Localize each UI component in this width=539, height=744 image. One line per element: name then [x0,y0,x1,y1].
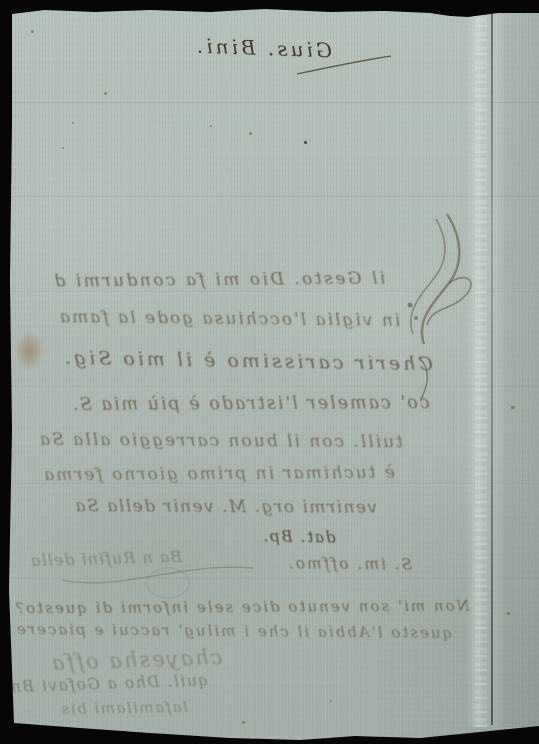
closing-fragment-1: dat. Bp. [261,527,335,546]
opening-capital-loop [427,278,471,325]
closing-fragment-2: S. im. offmo. [287,554,412,573]
opening-capital-flourish [411,219,445,334]
signature-line-3: lafamilami bis [60,698,188,718]
postscript-line-1: Non mi' son venuto dice sele informi di … [14,597,470,617]
bleed-line-6: è tuchimar in primo giorno ferma [42,463,395,485]
closing-fragment-3: Ba n Rufini della [30,547,183,570]
ghost-ink-ring [147,568,189,598]
photo-backdrop: { "scene": { "description": "Photograph … [0,0,539,744]
opening-capital-flourish [422,214,459,344]
signature-line-2: quil. Dho a Gofavi Bmo [0,671,208,696]
signature-line-1: chayesha offa [49,645,222,675]
bleed-line-7: venirmi org. M. venir della Sa [74,496,377,518]
docket-inscription: Gius. Bini. [194,34,333,63]
bleed-line-5: tuill. con il buon carreggio alla Sa [38,430,403,453]
bleed-line-1: il Gesto. Dio mi fa condurmi d [52,269,385,292]
bleed-line-3: Cherir carissimo è il mio Sig. [62,347,433,375]
signature-tail-flourish [62,567,253,583]
bleed-line-4: co' cameler l'istrado è più mia S. [71,393,430,415]
manuscript-page: Gius. Bini. il Gesto. Dio mi fa condurmi… [0,0,539,744]
bleed-line-2: in viglia l'occhiusa gode la fama [58,307,400,331]
ink-blot [414,316,418,320]
ink-blot [408,303,413,308]
postscript-line-2: questo l'Abbia il che i milug' raccui e … [15,620,452,642]
bleedthrough-ink-layer: Gius. Bini. il Gesto. Dio mi fa condurmi… [0,0,539,744]
